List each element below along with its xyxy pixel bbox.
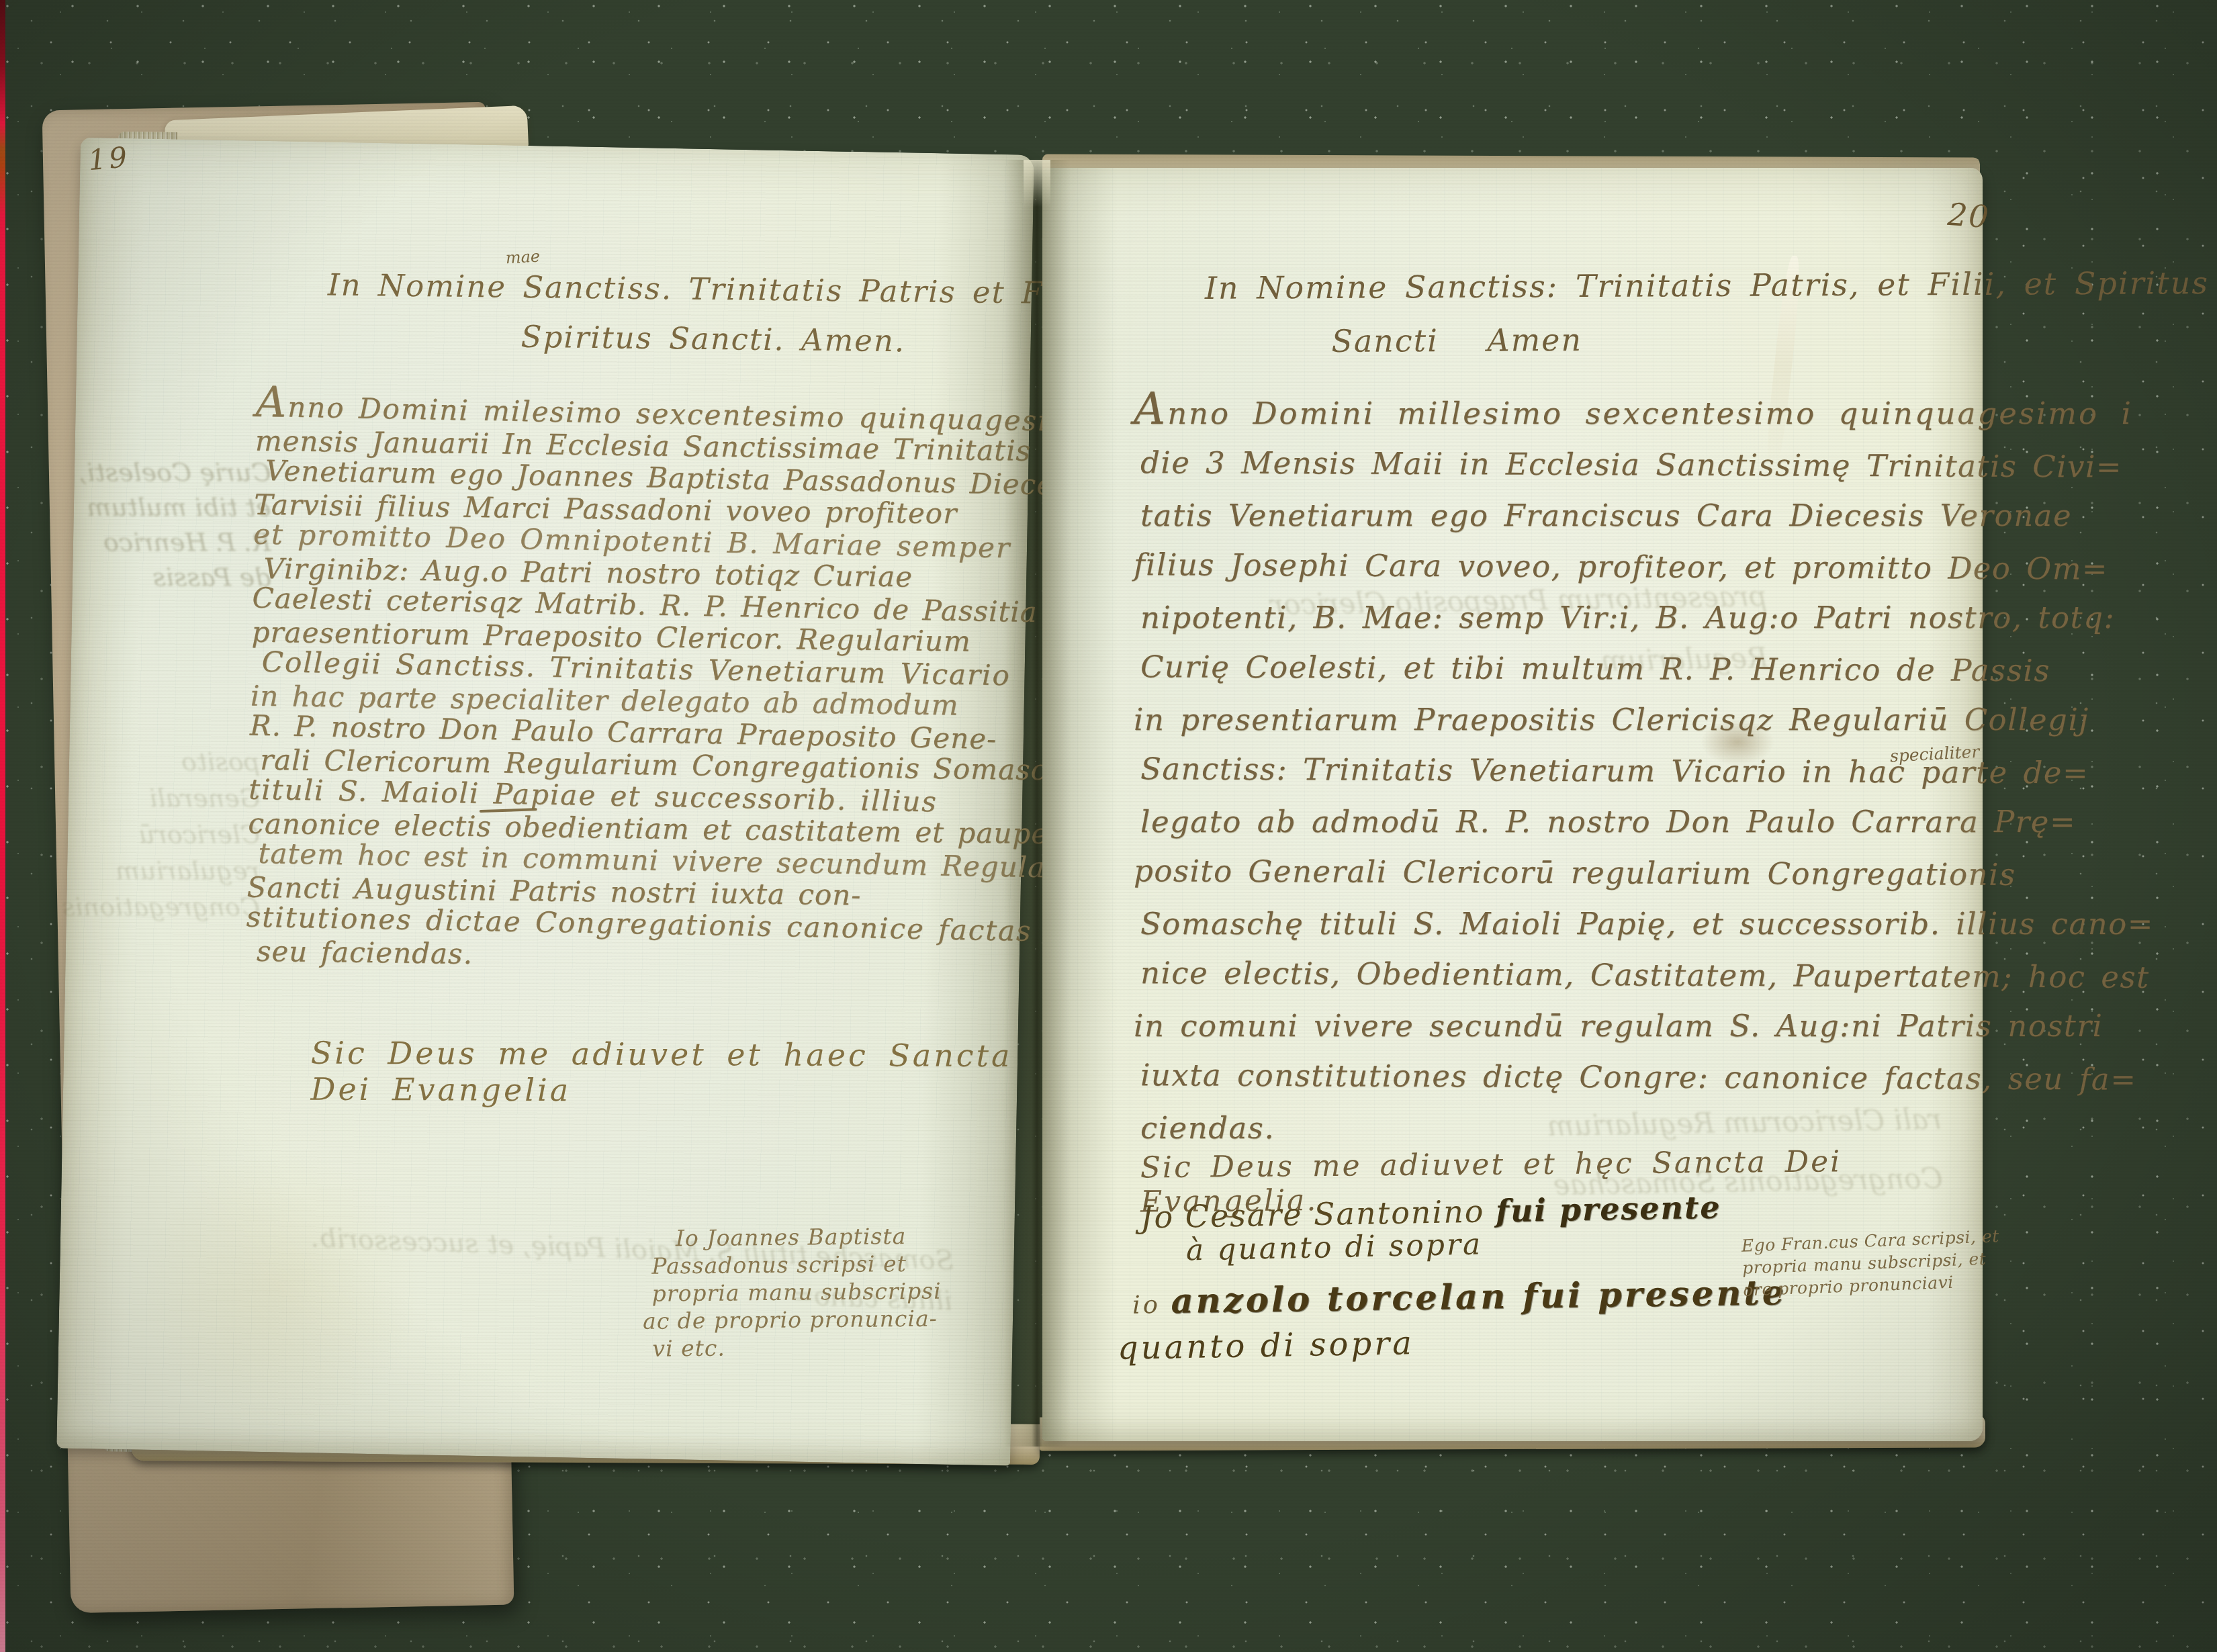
manuscript-line: Venetiarum ego Joannes Baptista Passadon… (265, 455, 1034, 500)
manuscript-line: in comuni vivere secundū regulam S. Aug:… (1134, 1001, 2000, 1052)
profession-text-right: Anno Domini millesimo sexcentesimo quinq… (1140, 388, 2000, 1154)
signature-line: ac de proprio pronuncia- (643, 1305, 894, 1335)
witness-signature-santonino-line2: à quanto di sopra (1186, 1227, 1483, 1267)
heading-superscript-left: mae (505, 247, 541, 268)
signature-block-left: Io Joannes BaptistaPassadonus scripsi et… (651, 1222, 895, 1362)
manuscript-line: in presentiarum Praepositis Clericisqz R… (1134, 694, 2000, 745)
manuscript-line: Spiritus Sancti. Amen. (327, 310, 1100, 369)
ink-bleedthrough: Somaschę tituli S. Maioli Papię, et succ… (280, 1217, 954, 1322)
manuscript-line: Anno Domini millesimo sexcentesimo quinq… (1134, 388, 2000, 439)
manuscript-line: mensis Januarii In Ecclesia Sanctissimae… (255, 424, 1035, 467)
strikethrough-correction (480, 808, 537, 813)
signature-line: Passadonus scripsi et (651, 1250, 893, 1279)
manuscript-line: iuxta constitutiones dictę Congre: canon… (1140, 1050, 2000, 1105)
manuscript-line: ciendas. (1140, 1103, 2000, 1154)
page-number-left: 19 (87, 140, 130, 177)
manuscript-line: filius Josephi Cara voveo, profiteor, et… (1134, 539, 2000, 594)
ink-bleedthrough: praesentiorum Praeposito Clericor. Regul… (1162, 565, 1768, 700)
manuscript-line: R. P. nostro Don Paulo Carrara Praeposit… (250, 710, 1030, 756)
paper-crease (1763, 255, 1803, 477)
manuscript-line: tatis Venetiarum ego Franciscus Cara Die… (1140, 490, 2000, 541)
ink-bleedthrough: posito Generali Clericorū regularium Con… (72, 743, 260, 925)
oath-line-right: Sic Deus me adiuvet et hęc Sancta Dei Ev… (1140, 1144, 1983, 1220)
witness-prefix: io (1132, 1290, 1171, 1320)
manuscript-line: tituli S. Maioli Papiae et successorib. … (248, 774, 1028, 820)
manuscript-line: Virginibz: Aug.o Patri nostro totiqz Cur… (263, 552, 1032, 594)
manuscript-line: nipotenti, B. Mae: semp Vir:i, B. Aug:o … (1140, 592, 2000, 643)
signature-line: propria manu subscripsi (652, 1277, 894, 1307)
manuscript-line: rali Clericorum Regularium Congregationi… (260, 743, 1029, 785)
page-left: Curię Coelesti, et tibi multum R. P. Hen… (56, 138, 1034, 1466)
scribe-note: Ego Fran.cus Cara scripsi, etpropria man… (1741, 1226, 1979, 1301)
manuscript-line: posito Generali Clericorū regularium Con… (1134, 845, 2000, 901)
scribe-note-line: ore proprio pronunciavi (1743, 1270, 1979, 1301)
witness-bold-ink: fui presente (1523, 1273, 1787, 1316)
manuscript-line: die 3 Mensis Maii in Ecclesia Sanctissim… (1140, 437, 2000, 492)
profession-text-left: Anno Domini milesimo sexcentesimo quinqu… (246, 391, 1035, 979)
manuscript-line: tatem hoc est in communi vivere secundum… (258, 837, 1027, 883)
manuscript-line: Collegii Sanctiss. Trinitatis Venetiarum… (261, 646, 1030, 692)
manuscript-line: Anno Domini milesimo sexcentesimo quinqu… (255, 391, 1035, 437)
manuscript-line: nice electis, Obedientiam, Castitatem, P… (1140, 948, 2000, 1003)
manuscript-line: Curię Coelesti, et tibi multum R. P. Hen… (1140, 641, 2000, 696)
manuscript-line: stitutiones dictae Congregationis canoni… (246, 901, 1026, 948)
film-edge-stripe (0, 0, 5, 1652)
manuscript-line: Caelesti ceterisqz Matrib. R. P. Henrico… (252, 582, 1032, 629)
manuscript-line: praesentiorum Praeposito Clericor. Regul… (251, 616, 1031, 658)
manuscript-line: seu faciendas. (257, 935, 1026, 976)
scribe-note-line: Ego Fran.cus Cara scripsi, et (1741, 1226, 1977, 1256)
manuscript-line: Somaschę tituli S. Maioli Papię, et succ… (1140, 899, 2000, 950)
witness-signature-torcelan-line2: quanto di sopra (1118, 1324, 1415, 1367)
manuscript-line: canonice electis obedientiam et castitat… (248, 807, 1028, 850)
ink-bleedthrough: rali Clericorum Regularium Congregationi… (1391, 1090, 1944, 1218)
manuscript-line: et promitto Deo Omnipotenti B. Mariae se… (253, 518, 1033, 565)
ink-bleedthrough: Curię Coelesti, et tibi multum R. P. Hen… (69, 455, 271, 594)
witness-bold-ink: fui presente (1496, 1189, 1721, 1229)
oath-line-left: Sic Deus me adiuvet et haec Sancta Dei E… (310, 1035, 1017, 1111)
manuscript-line: Sancti Amen (1077, 312, 1836, 369)
heading-right: In Nomine Sanctiss: Trinitatis Patris, e… (1205, 257, 1964, 369)
manuscript-scan: Curię Coelesti, et tibi multum R. P. Hen… (0, 0, 2217, 1652)
manuscript-line: Sanctiss: Trinitatis Venetiarum Vicario … (1140, 743, 2000, 798)
witness-signature-santonino: Jo Cesare Santonino fui presente (1140, 1189, 1721, 1235)
paper-stain (138, 1146, 425, 1434)
witness-signature-torcelan: io anzolo torcelan fui presente (1132, 1273, 1787, 1322)
manuscript-line: In Nomine Sanctiss: Trinitatis Patris, e… (1205, 257, 1964, 315)
manuscript-line: In Nomine Sanctiss. Trinitatis Patris et… (327, 261, 1100, 319)
witness-name: anzolo torcelan (1171, 1277, 1523, 1322)
signature-line: Io Joannes Baptista (676, 1222, 893, 1252)
paper-stain (1701, 719, 1774, 766)
scribe-note-line: propria manu subscripsi, et (1741, 1248, 1977, 1279)
page-right: praesentiorum Praeposito Clericor. Regul… (1042, 168, 1983, 1441)
manuscript-line: Tarvisii filius Marci Passadoni voveo pr… (254, 488, 1034, 531)
manuscript-line: in hac parte specialiter delegato ab adm… (251, 680, 1030, 722)
heading-left: In Nomine Sanctiss. Trinitatis Patris et… (327, 261, 1101, 369)
witness-name: Jo Cesare Santonino (1140, 1193, 1496, 1235)
page-number-right: 20 (1946, 196, 1991, 235)
signature-line: vi etc. (652, 1332, 894, 1362)
interline-insertion: specialiter (1889, 742, 1980, 766)
manuscript-line: Sancti Augustini Patris nostri iuxta con… (246, 871, 1026, 913)
manuscript-line: legato ab admodū R. P. nostro Don Paulo … (1140, 796, 2000, 847)
